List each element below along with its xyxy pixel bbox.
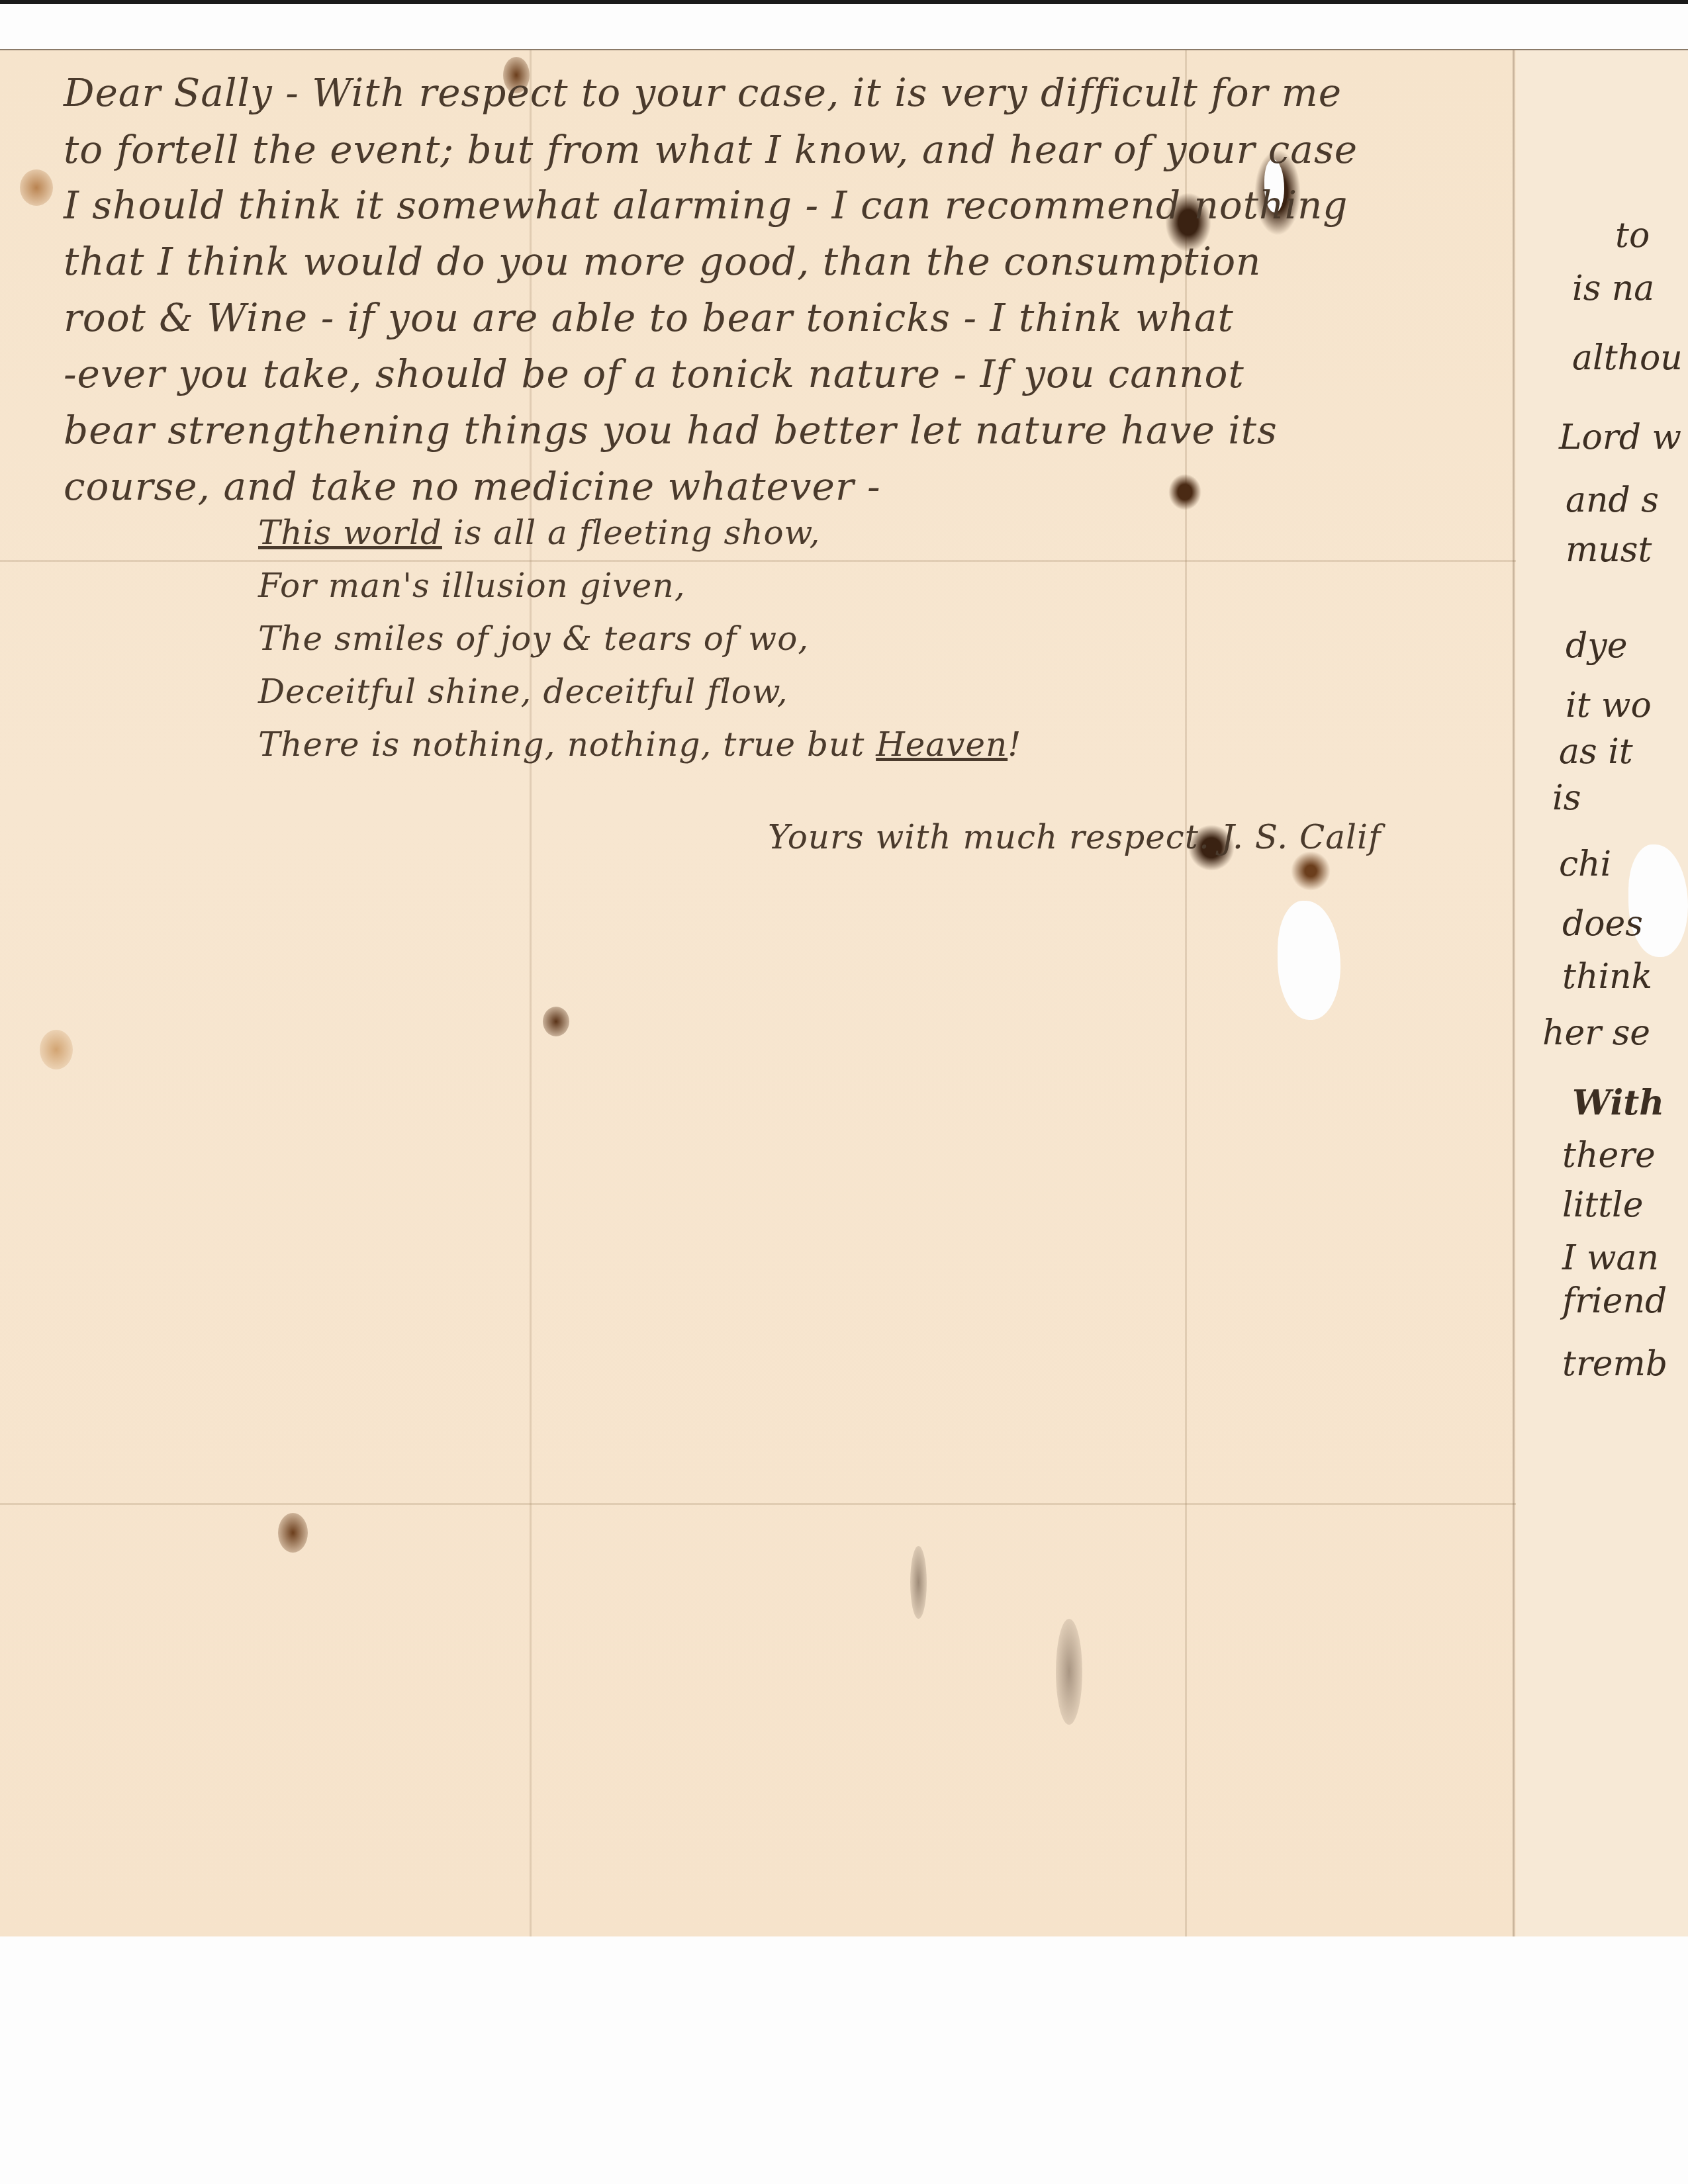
fragment: althou (1572, 338, 1683, 378)
fragment: her se (1542, 1013, 1650, 1053)
body-line: -ever you take, should be of a tonick na… (64, 351, 1244, 396)
fragment: I wan (1562, 1238, 1659, 1278)
fragment: chi (1559, 844, 1611, 884)
ink-stain (278, 1513, 308, 1553)
scanner-border (0, 0, 1688, 4)
fold-line-horizontal (0, 1503, 1688, 1505)
fragment: as it (1559, 732, 1633, 772)
fragment: little (1562, 1185, 1643, 1225)
fragment: must (1566, 530, 1652, 570)
ink-stain (40, 1030, 73, 1069)
paper-hole (1278, 901, 1340, 1020)
fragment: there (1562, 1136, 1656, 1175)
body-line: Dear Sally - With respect to your case, … (64, 70, 1342, 115)
fragment: tremb (1562, 1344, 1667, 1384)
poem-line: There is nothing, nothing, true but Heav… (258, 725, 1021, 764)
body-line: that I think would do you more good, tha… (64, 239, 1261, 284)
letter-paper: Dear Sally - With respect to your case, … (0, 49, 1688, 1936)
body-line: root & Wine - if you are able to bear to… (64, 295, 1234, 340)
body-line: course, and take no medicine whatever - (64, 464, 881, 509)
ink-stain (20, 169, 53, 206)
fragment: dye (1566, 626, 1627, 666)
ink-stain (543, 1007, 569, 1036)
ink-stain (910, 1546, 927, 1619)
poem-line: The smiles of joy & tears of wo, (258, 619, 809, 658)
fragment: does (1562, 904, 1643, 944)
body-line: to fortell the event; but from what I kn… (64, 127, 1358, 172)
fragment: Lord w (1559, 418, 1681, 457)
poem-line: Deceitful shine, deceitful flow, (258, 672, 788, 711)
poem-underlined-phrase: Heaven (876, 725, 1008, 764)
poem-line: For man's illusion given, (258, 567, 686, 605)
body-line: I should think it somewhat alarming - I … (64, 183, 1348, 228)
fragment: and s (1566, 480, 1659, 520)
poem-underlined-phrase: This world (258, 514, 442, 552)
fragment: to (1615, 216, 1650, 255)
signature: Yours with much respect. J. S. Calif (768, 818, 1382, 856)
fragment: is na (1572, 269, 1654, 308)
fragment: With (1572, 1083, 1664, 1123)
fragment: is (1552, 778, 1581, 818)
fold-line-horizontal (0, 560, 1688, 562)
poem-line-end: ! (1008, 725, 1021, 764)
fragment: friend (1562, 1281, 1667, 1321)
poem-line-rest: is all a fleeting show, (442, 514, 820, 552)
fragment: it wo (1566, 686, 1652, 725)
ink-stain (1056, 1619, 1082, 1725)
fragment: think (1562, 957, 1652, 997)
body-line: bear strengthening things you had better… (64, 408, 1278, 453)
poem-line-start: There is nothing, nothing, true but (258, 725, 876, 764)
poem-line: This world is all a fleeting show, (258, 514, 820, 552)
ink-stain (1168, 474, 1201, 510)
page-edge (1513, 50, 1515, 1936)
ink-stain (1291, 851, 1331, 891)
